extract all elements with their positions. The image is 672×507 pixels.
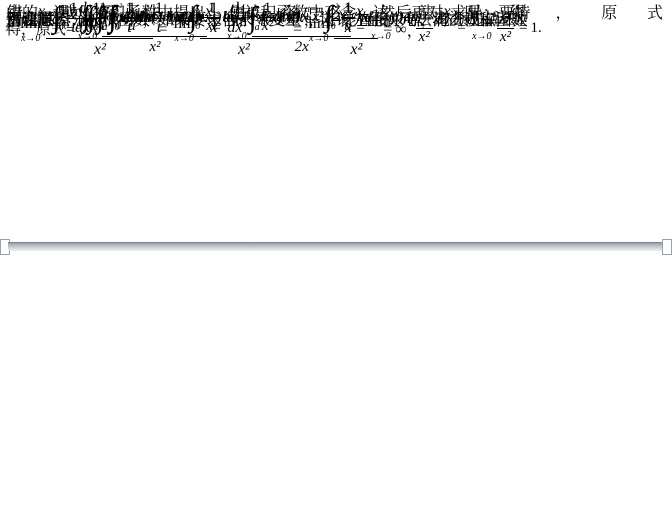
denominator: x² — [102, 36, 207, 56]
fraction: 1u — [125, 0, 139, 34]
integral: ∫x²0 — [108, 1, 122, 33]
equals-sign: = — [457, 20, 465, 37]
final-text: 得，原式= — [6, 18, 74, 39]
math-expr: ln(1+u)du — [141, 9, 203, 26]
equals-sign: = — [212, 20, 220, 37]
fraction: 1x² — [259, 0, 276, 34]
object-separator — [0, 238, 672, 258]
result-value: 1 — [530, 20, 538, 37]
period: . — [538, 20, 542, 37]
document-page: 对变限积分 ∫xa f(x,t)dt ，如果要求 ddx ∫xa f(x,t)d… — [0, 0, 672, 507]
math-expr: ln(1+x²)·2x — [278, 9, 346, 26]
resize-handle-right[interactable] — [662, 239, 672, 255]
big-fraction: 1x² ln(1+x²)·2x 2x — [252, 0, 352, 56]
denominator: 2x — [252, 36, 352, 56]
limit: limx→0 — [227, 15, 247, 42]
fraction: x²x² — [497, 11, 514, 45]
integral-lower: 0 — [115, 22, 122, 32]
limit: limx→0 — [371, 15, 391, 42]
limit: limx→0 — [472, 15, 492, 42]
big-fraction: ∫x²0 1u ln(1+u)du x² — [102, 0, 207, 56]
integral-upper: x² — [115, 3, 122, 13]
fraction: ln(1+x²)x² — [396, 11, 452, 45]
equals-sign: = — [356, 20, 364, 37]
final-derivation-line: 得，原式= limx→0 ∫x²0 1u ln(1+u)du x² = limx… — [6, 0, 542, 56]
limit: limx→0 — [77, 15, 97, 42]
equals-sign: = — [519, 20, 527, 37]
separator-bar — [8, 242, 664, 251]
